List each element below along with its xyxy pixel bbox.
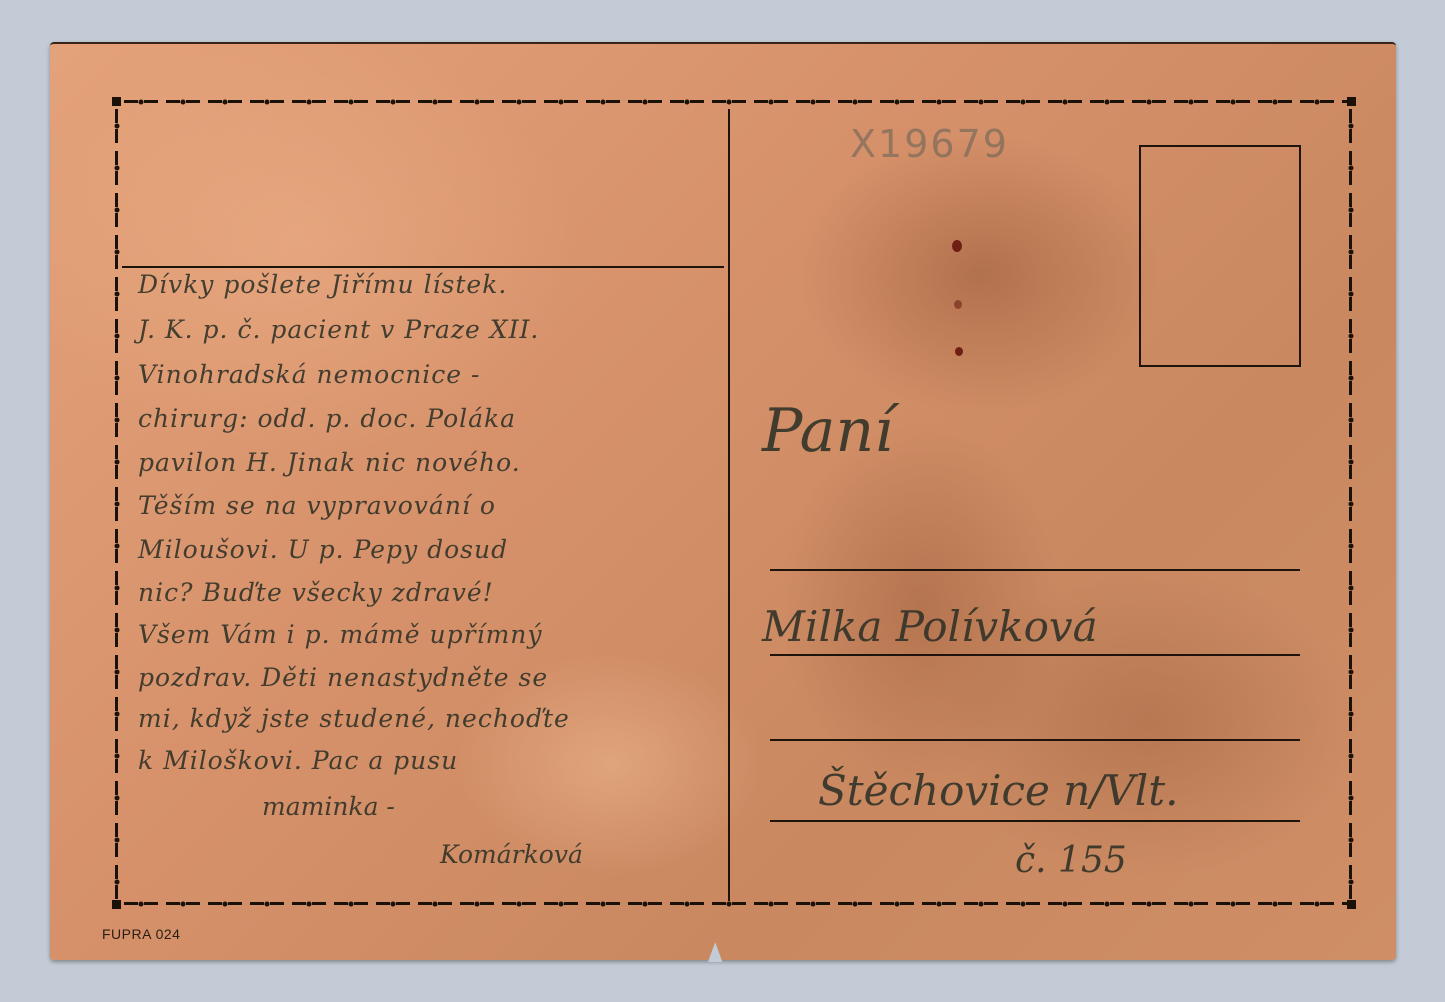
torn-edge <box>708 940 732 962</box>
border-bottom-ornament <box>120 897 1348 911</box>
message-line: k Miloškovi. Pac a pusu <box>138 746 458 775</box>
message-top-rule <box>122 266 724 268</box>
message-line: pavilon H. Jinak nic nového. <box>138 448 521 477</box>
message-line: Miloušovi. U p. Pepy dosud <box>138 535 508 564</box>
stain-spot <box>955 347 963 356</box>
message-closing: maminka - <box>262 792 395 821</box>
address-line-1 <box>770 569 1300 571</box>
center-divider <box>728 109 730 901</box>
message-line: Těším se na vypravování o <box>138 491 496 520</box>
address-name: Milka Polívková <box>762 602 1098 651</box>
address-salutation: Paní <box>762 396 893 466</box>
stain-spot <box>954 300 962 309</box>
postcard: X19679 Dívky pošlete Jiřímu lístek. J. K… <box>50 42 1396 960</box>
message-line: mi, když jste studené, nechoďte <box>138 704 570 733</box>
stamp-box <box>1139 145 1301 367</box>
address-line-3 <box>770 739 1300 741</box>
corner-square-icon <box>112 900 121 909</box>
message-signature: Komárková <box>440 840 583 869</box>
address-line-4 <box>770 820 1300 822</box>
stain-spot <box>952 240 962 252</box>
corner-square-icon <box>1347 97 1356 106</box>
archive-number: X19679 <box>850 122 1009 166</box>
printer-code: FUPRA 024 <box>102 926 180 942</box>
message-line: J. K. p. č. pacient v Praze XII. <box>138 315 539 344</box>
corner-square-icon <box>1347 900 1356 909</box>
message-line: Dívky pošlete Jiřímu lístek. <box>138 270 507 299</box>
address-house-number: č. 155 <box>1015 840 1127 881</box>
message-line: pozdrav. Děti nenastydněte se <box>138 663 548 692</box>
message-line: Všem Vám i p. mámě upřímný <box>138 620 543 649</box>
border-left-ornament <box>110 105 124 901</box>
message-line: chirurg: odd. p. doc. Poláka <box>138 404 516 433</box>
corner-square-icon <box>112 97 121 106</box>
border-top-ornament <box>120 95 1348 109</box>
border-right-ornament <box>1344 105 1358 901</box>
address-town: Štěchovice n/Vlt. <box>818 766 1178 815</box>
message-line: Vinohradská nemocnice - <box>138 360 481 389</box>
message-line: nic? Buďte všecky zdravé! <box>138 578 494 607</box>
address-line-2 <box>770 654 1300 656</box>
